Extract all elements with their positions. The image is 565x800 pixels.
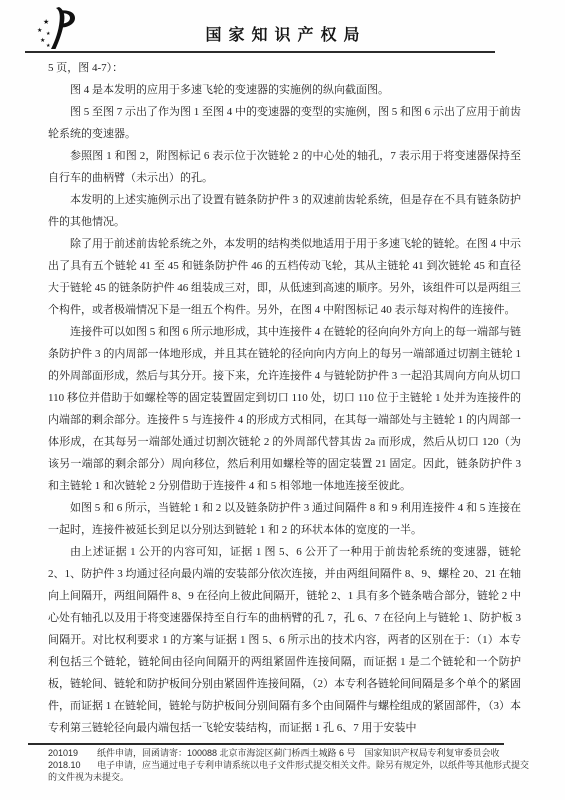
paragraph: 由上述证据 1 公开的内容可知，证据 1 图 5、6 公开了一种用于前齿轮系统的… (48, 541, 521, 739)
footer-row-electronic-filing: 2018.10 电子申请，应当通过电子专利申请系统以电子文件形式提交相关文件。除… (48, 759, 562, 771)
footer-continuation-text: 的文件视为未提交。 (48, 771, 562, 783)
footer-paper-filing-text: 纸件申请，回函请寄：100088 北京市海淀区蓟门桥西土城路 6 号 国家知识产… (97, 747, 562, 759)
header-divider (25, 51, 495, 53)
paragraph: 连接件可以如图 5 和图 6 所示地形成，其中连接件 4 在链轮的径向向外方向上… (48, 321, 521, 497)
footer-electronic-filing-text: 电子申请，应当通过电子专利申请系统以电子文件形式提交相关文件。除另有规定外，以纸… (97, 759, 562, 771)
paragraph-continuation: 5 页，图 4-7）： (48, 57, 521, 79)
page-footer: 201019 纸件申请，回函请寄：100088 北京市海淀区蓟门桥西土城路 6 … (48, 747, 562, 783)
footer-date-code: 2018.10 (48, 759, 97, 771)
paragraph: 图 5 至图 7 示出了作为图 1 至图 4 中的变速器的变型的实施例，图 5 … (48, 101, 521, 145)
paragraph: 本发明的上述实施例示出了设置有链条防护件 3 的双速前齿轮系统，但是存在不具有链… (48, 189, 521, 233)
paragraph: 除了用于前述前齿轮系统之外，本发明的结构类似地适用于用于多速飞轮的链轮。在图 4… (48, 233, 521, 321)
document-body: 5 页，图 4-7）： 图 4 是本发明的应用于多速飞轮的变速器的实施例的纵向截… (48, 57, 521, 739)
footer-divider (28, 743, 504, 745)
footer-doc-code: 201019 (48, 747, 97, 759)
paragraph: 图 4 是本发明的应用于多速飞轮的变速器的实施例的纵向截面图。 (48, 79, 521, 101)
agency-title: 国家知识产权局 (0, 22, 565, 45)
paragraph: 参照图 1 和图 2，附图标记 6 表示位于次链轮 2 的中心处的轴孔，7 表示… (48, 145, 521, 189)
patent-document-page: ★ ★ ★ ★ ★ 国家知识产权局 5 页，图 4-7）： 图 4 是本发明的应… (0, 0, 565, 800)
paragraph: 如图 5 和 6 所示，当链轮 1 和 2 以及链条防护件 3 通过间隔件 8 … (48, 497, 521, 541)
footer-row-paper-filing: 201019 纸件申请，回函请寄：100088 北京市海淀区蓟门桥西土城路 6 … (48, 747, 562, 759)
